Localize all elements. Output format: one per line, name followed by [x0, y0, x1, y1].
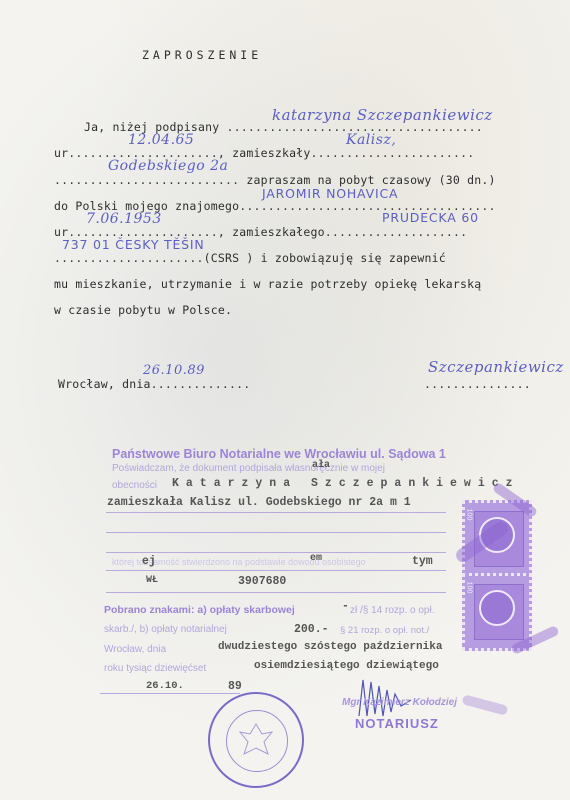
- line-3-suffix: zapraszam na pobyt czasowy (30 dn.): [246, 173, 495, 187]
- stamp-denomination: 100: [465, 582, 472, 594]
- place-date-prefix: Wrocław, dnia: [58, 377, 151, 391]
- dotted-fill: ..........................: [54, 173, 246, 187]
- id-series: WŁ: [146, 575, 158, 586]
- underline: [106, 570, 446, 571]
- line-3: .......................... zapraszam na …: [54, 173, 496, 187]
- fees-label-a: Pobrano znakami: a) opłaty skarbowej: [104, 604, 295, 616]
- certify-gender: ała: [312, 460, 330, 471]
- date-numeric-year: 89: [228, 680, 242, 693]
- notary-title: NOTARIUSZ: [355, 716, 439, 731]
- stamp-denomination: 100: [465, 509, 472, 521]
- fees-line-1: Pobrano znakami: a) opłaty skarbowej: [104, 604, 295, 616]
- presence-label: obecności: [112, 480, 157, 491]
- certify-line: Poświadczam, że dokument podpisała własn…: [112, 463, 385, 474]
- dotted-fill: .....................: [54, 251, 204, 265]
- fee-stamp-2: 100: [462, 573, 532, 651]
- date-numeric-day: 26.10.: [146, 680, 184, 692]
- underline: [106, 512, 446, 513]
- dotted-fill: ....................: [325, 225, 467, 239]
- dotted-fill: .......................: [310, 146, 474, 160]
- document-page: ZAPROSZENIE Ja, niżej podpisany ........…: [0, 0, 570, 800]
- document-title: ZAPROSZENIE: [142, 48, 262, 62]
- notary-date-prefix: Wrocław, dnia: [104, 644, 166, 655]
- identity-fill-2: em: [310, 553, 322, 564]
- fee-value-b: 200.-: [294, 623, 329, 636]
- guest-city: 737 01 ČESKY TĚŠIN: [62, 237, 205, 252]
- person-name: Katarzyna Szczepankiewicz: [172, 477, 520, 490]
- guest-birthdate: 7.06.1953: [86, 211, 162, 227]
- notary-seal: [208, 692, 304, 788]
- inviter-birthdate: 12.04.65: [128, 132, 194, 148]
- line-6: .....................(CSRS ) i zobowiązu…: [54, 251, 446, 265]
- signature-dotted-line: ...............: [424, 377, 531, 391]
- id-number: 3907680: [238, 575, 286, 588]
- person-address: zamieszkała Kalisz ul. Godebskiego nr 2a…: [107, 496, 411, 509]
- underline: [106, 592, 446, 593]
- inviter-city: Kalisz,: [346, 132, 396, 148]
- underline: [106, 532, 446, 533]
- line-2-mid: , zamieszkały: [218, 146, 311, 160]
- fees-line-2-suffix: § 21 rozp. o opł. not./: [340, 625, 429, 636]
- line-2-prefix: ur: [54, 146, 68, 160]
- cancellation-smear: [461, 694, 508, 716]
- guest-name: JAROMIR NOHAVICA: [262, 186, 398, 201]
- notary-name: Mgr Kazimierz Kołodziej: [342, 697, 457, 708]
- inviter-street: Godebskiego 2a: [108, 158, 228, 174]
- date-in-words-2: osiemdziesiątego dziewiątego: [254, 660, 439, 672]
- eagle-emblem-icon: [210, 694, 302, 786]
- year-prefix: roku tysiąc dziewięćset: [104, 663, 206, 674]
- notary-office: Państwowe Biuro Notarialne we Wrocławiu …: [112, 447, 446, 461]
- dotted-fill: ..............: [151, 377, 251, 391]
- inviter-name: katarzyna Szczepankiewicz: [272, 106, 493, 124]
- identity-fill-1: ej: [142, 555, 156, 568]
- line-6-suffix: (CSRS ) i zobowiązuję się zapewnić: [204, 251, 446, 265]
- line-7: mu mieszkanie, utrzymanie i w razie potr…: [54, 277, 481, 291]
- underline: [106, 552, 446, 553]
- line-8: w czasie pobytu w Polsce.: [54, 303, 232, 317]
- notary-office-line: Państwowe Biuro Notarialne we Wrocławiu …: [112, 447, 446, 461]
- identity-fill-3: tym: [412, 555, 433, 568]
- fees-line-2: skarb./, b) opłaty notarialnej: [104, 624, 227, 635]
- place-date-line: Wrocław, dnia..............: [58, 377, 250, 391]
- invitation-date: 26.10.89: [143, 363, 205, 378]
- guest-street: PRUDECKA 60: [382, 210, 479, 225]
- eagle-emblem-icon: [479, 590, 515, 626]
- fees-line-1-suffix: zł /§ 14 rozp. o opł.: [350, 605, 435, 616]
- line-5-mid: , zamieszkałego: [218, 225, 325, 239]
- inviter-signature: Szczepankiewicz: [428, 358, 564, 376]
- date-in-words-1: dwudziestego szóstego października: [218, 641, 442, 653]
- fee-value-a: -: [342, 600, 349, 613]
